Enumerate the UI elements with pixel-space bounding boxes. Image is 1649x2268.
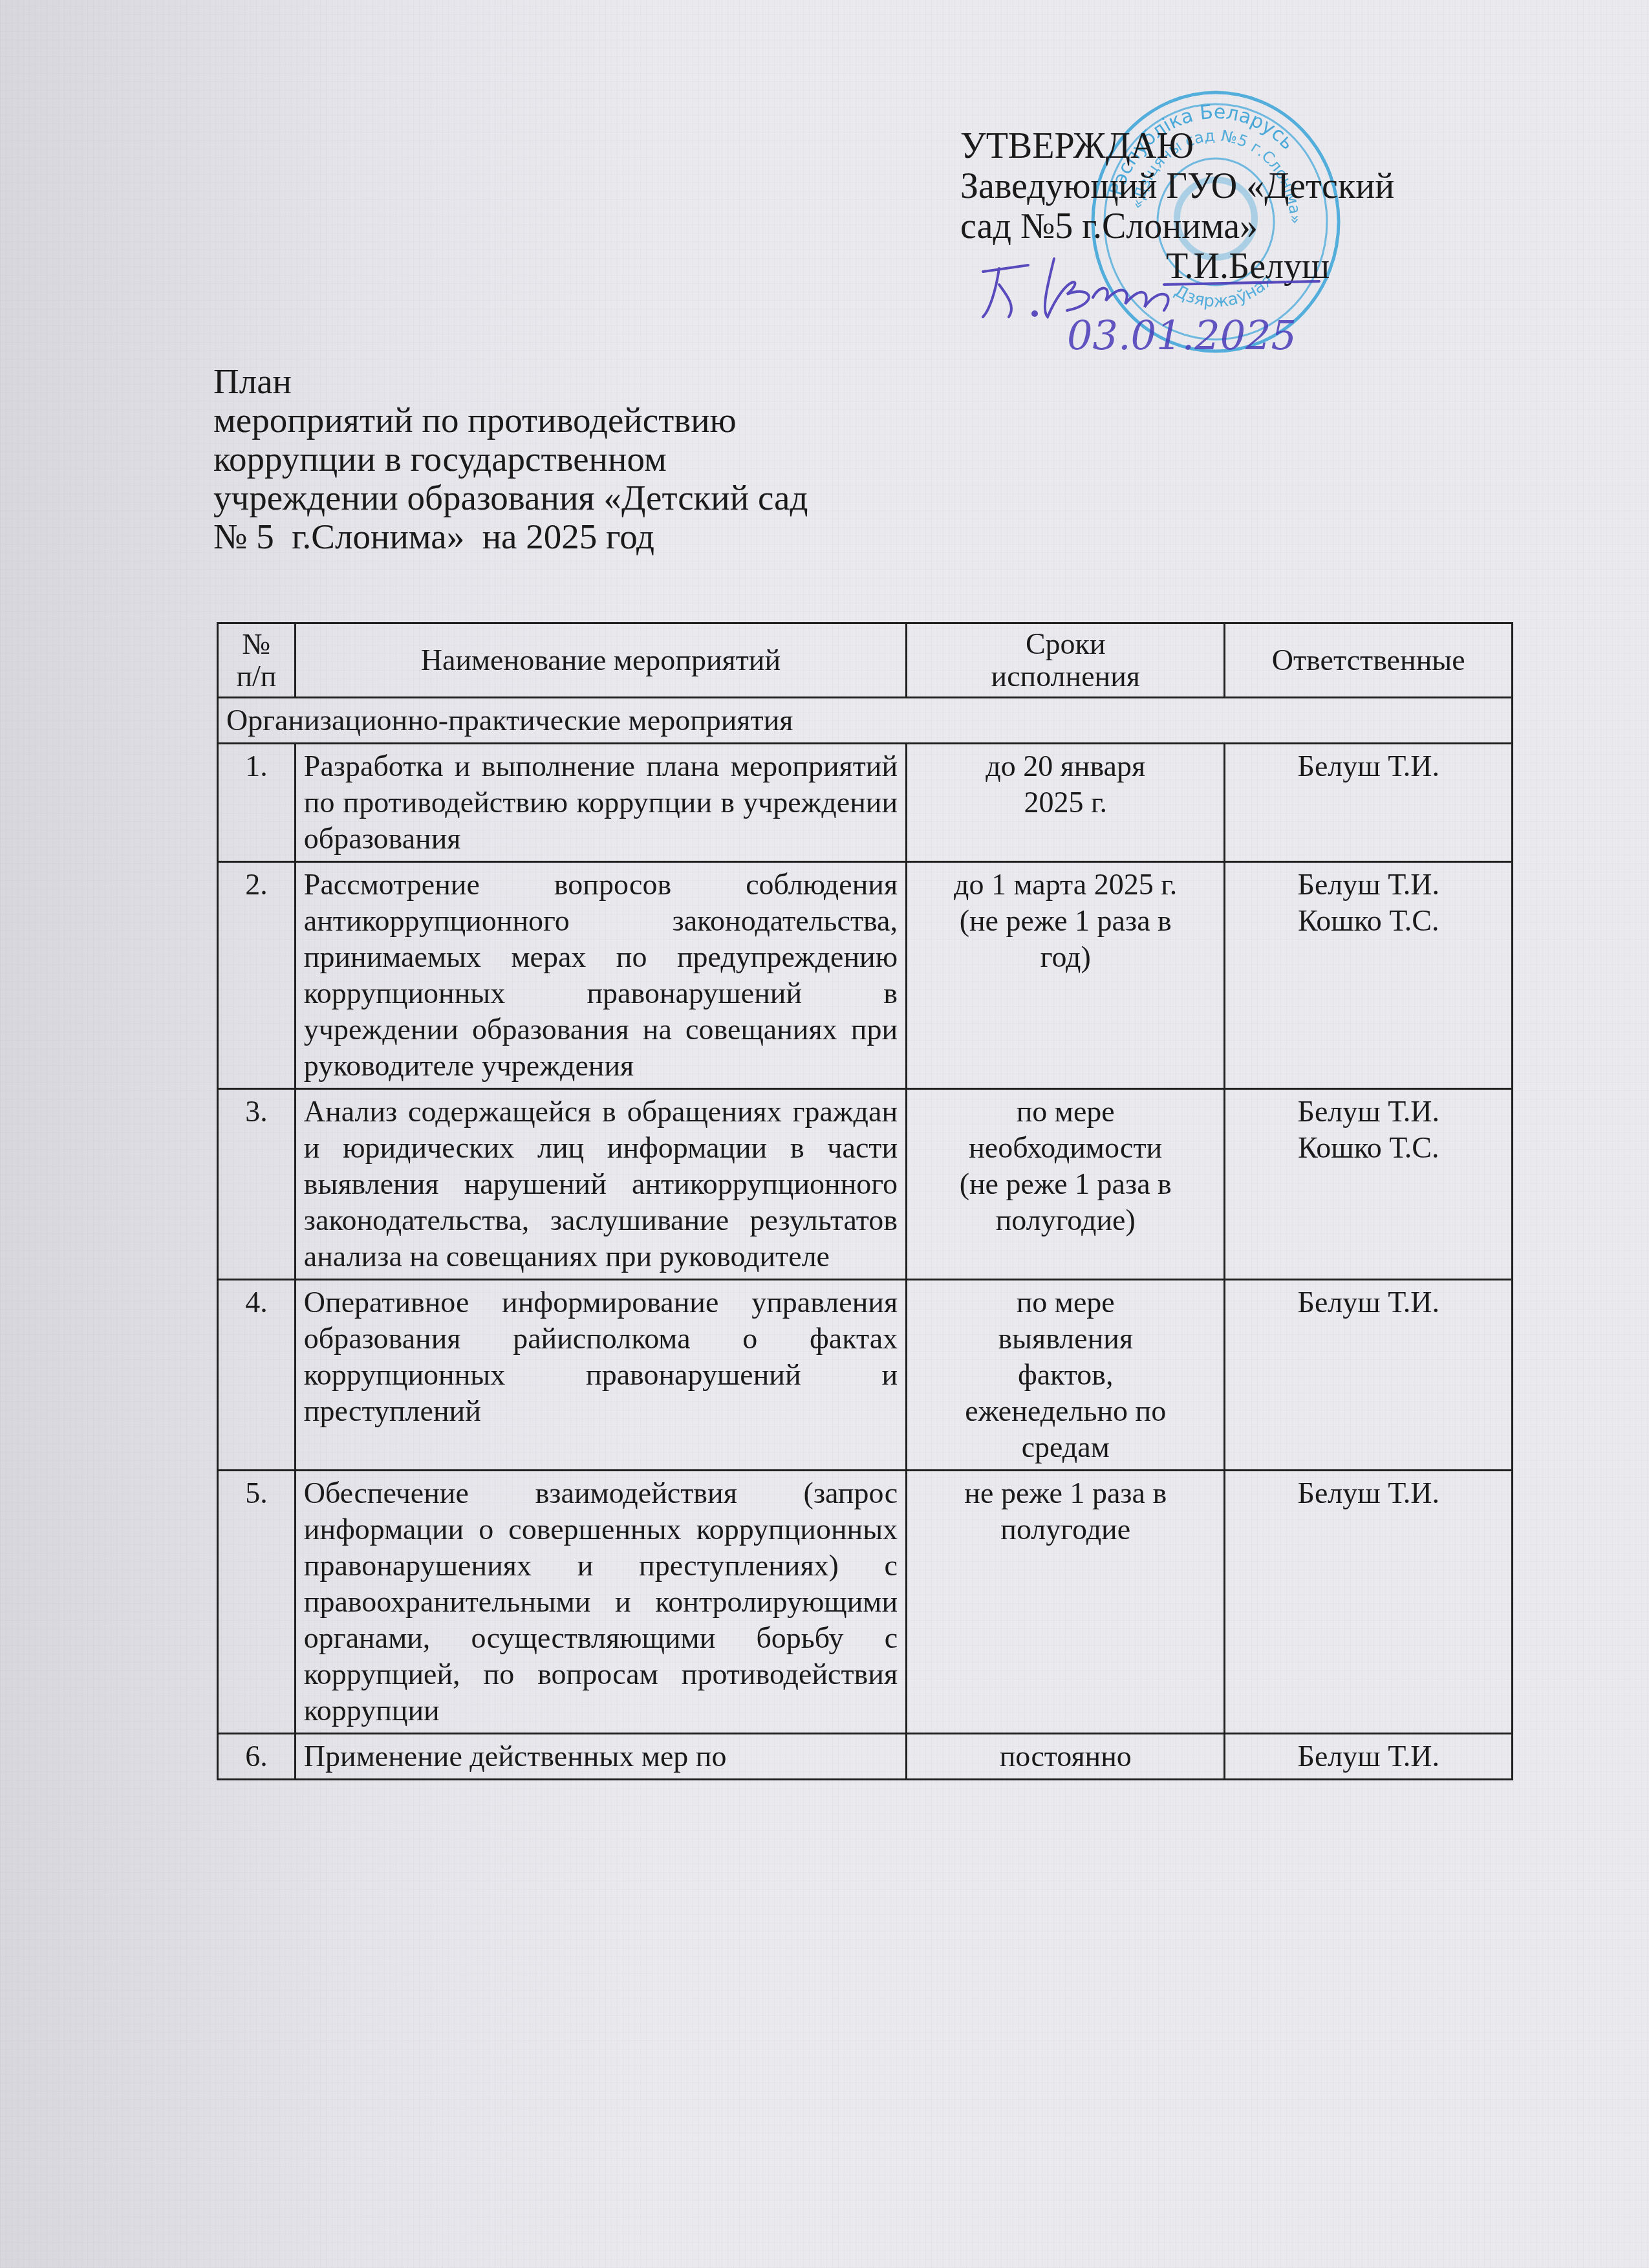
activity-name: Оперативное информирование управления об… <box>295 1280 906 1471</box>
deadline: не реже 1 раза вполугодие <box>907 1471 1225 1734</box>
activity-name: Рассмотрение вопросов соблюдения антикор… <box>295 862 906 1089</box>
deadline: по меренеобходимости(не реже 1 раза впол… <box>907 1089 1225 1280</box>
table-row: 6.Применение действенных мер попостоянно… <box>218 1734 1513 1780</box>
deadline-line: до 1 марта 2025 г. <box>915 867 1216 903</box>
table-row: 1.Разработка и выполнение плана мероприя… <box>218 744 1513 862</box>
responsible-persons: Белуш Т.И.Кошко Т.С. <box>1225 862 1513 1089</box>
title-line-5: № 5 г.Слонима» на 2025 год <box>213 517 808 556</box>
section-title: Организационно-практические мероприятия <box>218 698 1513 744</box>
row-number: 3. <box>218 1089 296 1280</box>
responsible-persons: Белуш Т.И. <box>1225 1280 1513 1471</box>
table-row: 4.Оперативное информирование управления … <box>218 1280 1513 1471</box>
deadline-line: 2025 г. <box>915 784 1216 821</box>
approval-organization: сад №5 г.Слонима» <box>960 206 1394 246</box>
activity-name: Обеспечение взаимодействия (запрос инфор… <box>295 1471 906 1734</box>
document-title: План мероприятий по противодействию корр… <box>213 362 808 556</box>
deadline-line: еженедельно по <box>915 1393 1216 1429</box>
responsible-person: Белуш Т.И. <box>1233 1284 1503 1321</box>
title-line-1: План <box>213 362 808 401</box>
header-deadline: Сроки исполнения <box>907 623 1225 698</box>
responsible-person: Белуш Т.И. <box>1233 1738 1503 1775</box>
deadline-line: год) <box>915 939 1216 975</box>
activity-name: Разработка и выполнение плана мероприяти… <box>295 744 906 862</box>
plan-table: № п/п Наименование мероприятий Сроки исп… <box>217 622 1513 1780</box>
title-line-2: мероприятий по противодействию <box>213 401 808 440</box>
handwritten-signature: 03.01.2025 <box>970 246 1332 356</box>
deadline: по меревыявленияфактов,еженедельно посре… <box>907 1280 1225 1471</box>
deadline: постоянно <box>907 1734 1225 1780</box>
deadline-line: полугодие <box>915 1511 1216 1548</box>
deadline-line: выявления <box>915 1321 1216 1357</box>
deadline-line: необходимости <box>915 1130 1216 1166</box>
header-activity: Наименование мероприятий <box>295 623 906 698</box>
responsible-persons: Белуш Т.И.Кошко Т.С. <box>1225 1089 1513 1280</box>
activity-name: Анализ содержащейся в обращениях граждан… <box>295 1089 906 1280</box>
row-number: 1. <box>218 744 296 862</box>
header-responsible: Ответственные <box>1225 623 1513 698</box>
row-number: 2. <box>218 862 296 1089</box>
activity-name: Применение действенных мер по <box>295 1734 906 1780</box>
handwritten-date: 03.01.2025 <box>1067 312 1297 356</box>
approval-heading: УТВЕРЖДАЮ <box>960 126 1394 166</box>
responsible-persons: Белуш Т.И. <box>1225 1734 1513 1780</box>
deadline-line: (не реже 1 раза в <box>915 1166 1216 1202</box>
responsible-persons: Белуш Т.И. <box>1225 744 1513 862</box>
table-row: 2.Рассмотрение вопросов соблюдения антик… <box>218 862 1513 1089</box>
table-header-row: № п/п Наименование мероприятий Сроки исп… <box>218 623 1513 698</box>
deadline-line: фактов, <box>915 1357 1216 1393</box>
deadline-line: не реже 1 раза в <box>915 1475 1216 1511</box>
responsible-person: Кошко Т.С. <box>1233 903 1503 939</box>
deadline: до 20 января2025 г. <box>907 744 1225 862</box>
deadline-line: до 20 января <box>915 748 1216 784</box>
responsible-person: Белуш Т.И. <box>1233 1094 1503 1130</box>
deadline: до 1 марта 2025 г.(не реже 1 раза вгод) <box>907 862 1225 1089</box>
title-line-3: коррупции в государственном <box>213 440 808 479</box>
table-row: 3.Анализ содержащейся в обращениях гражд… <box>218 1089 1513 1280</box>
row-number: 4. <box>218 1280 296 1471</box>
section-row: Организационно-практические мероприятия <box>218 698 1513 744</box>
deadline-line: постоянно <box>915 1738 1216 1775</box>
responsible-person: Белуш Т.И. <box>1233 867 1503 903</box>
responsible-person: Белуш Т.И. <box>1233 1475 1503 1511</box>
responsible-person: Белуш Т.И. <box>1233 748 1503 784</box>
header-number: № п/п <box>218 623 296 698</box>
deadline-line: по мере <box>915 1284 1216 1321</box>
table-row: 5.Обеспечение взаимодействия (запрос инф… <box>218 1471 1513 1734</box>
row-number: 6. <box>218 1734 296 1780</box>
row-number: 5. <box>218 1471 296 1734</box>
deadline-line: полугодие) <box>915 1202 1216 1238</box>
deadline-line: по мере <box>915 1094 1216 1130</box>
title-line-4: учреждении образования «Детский сад <box>213 479 808 517</box>
deadline-line: (не реже 1 раза в <box>915 903 1216 939</box>
deadline-line: средам <box>915 1429 1216 1465</box>
approval-position: Заведующий ГУО «Детский <box>960 166 1394 206</box>
responsible-person: Кошко Т.С. <box>1233 1130 1503 1166</box>
responsible-persons: Белуш Т.И. <box>1225 1471 1513 1734</box>
